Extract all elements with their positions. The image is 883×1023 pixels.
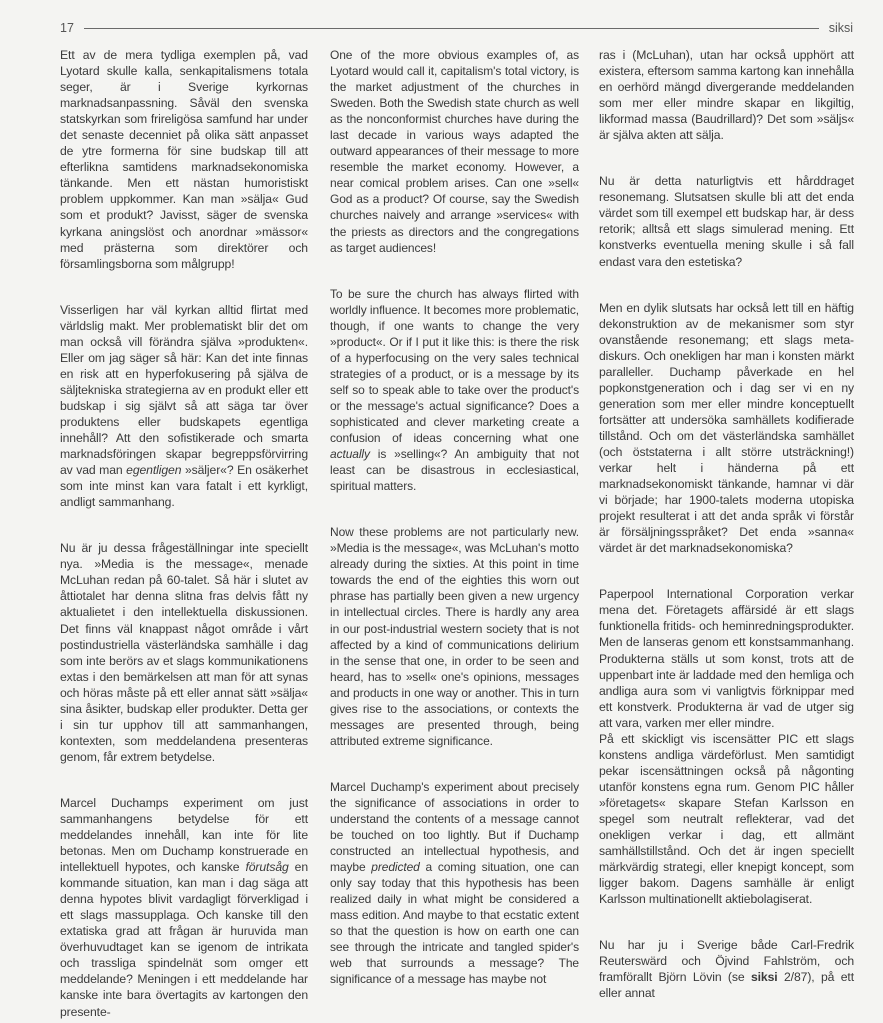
- paragraph: To be sure the church has always flirted…: [330, 286, 579, 495]
- magazine-reference: siksi: [751, 970, 778, 984]
- paragraph: ras i (McLuhan), utan har också upphört …: [599, 47, 854, 143]
- emphasis: actually: [330, 447, 370, 461]
- paragraph: Nu har ju i Sverige både Carl-Fredrik Re…: [599, 937, 854, 1001]
- page-header: 17 siksi: [60, 18, 853, 38]
- paragraph: På ett skickligt vis iscensätter PIC ett…: [599, 731, 854, 908]
- paragraph: Paperpool International Corporation verk…: [599, 586, 854, 730]
- paragraph: Nu är ju dessa frågeställningar inte spe…: [60, 540, 308, 765]
- emphasis: predicted: [371, 860, 419, 874]
- column-english-middle: One of the more obvious examples of, as …: [330, 47, 579, 987]
- magazine-name: siksi: [829, 21, 853, 35]
- paragraph: Marcel Duchamps experiment om just samma…: [60, 795, 308, 1020]
- paragraph: Nu är detta naturligtvis ett hårddraget …: [599, 173, 854, 269]
- paragraph: Ett av de mera tydliga exemplen på, vad …: [60, 47, 308, 272]
- paragraph: One of the more obvious examples of, as …: [330, 47, 579, 256]
- column-swedish-right: ras i (McLuhan), utan har också upphört …: [599, 47, 854, 1001]
- emphasis: egentligen: [126, 463, 181, 477]
- paragraph: Marcel Duchamp's experiment about precis…: [330, 779, 579, 988]
- paragraph: Men en dylik slutsats har också lett til…: [599, 300, 854, 557]
- header-rule: [84, 28, 819, 29]
- paragraph: Visserligen har väl kyrkan alltid flirta…: [60, 302, 308, 511]
- paragraph: Now these problems are not particularly …: [330, 524, 579, 749]
- column-swedish-left: Ett av de mera tydliga exemplen på, vad …: [60, 47, 308, 1020]
- emphasis: förutsåg: [245, 860, 288, 874]
- page-number: 17: [60, 21, 74, 35]
